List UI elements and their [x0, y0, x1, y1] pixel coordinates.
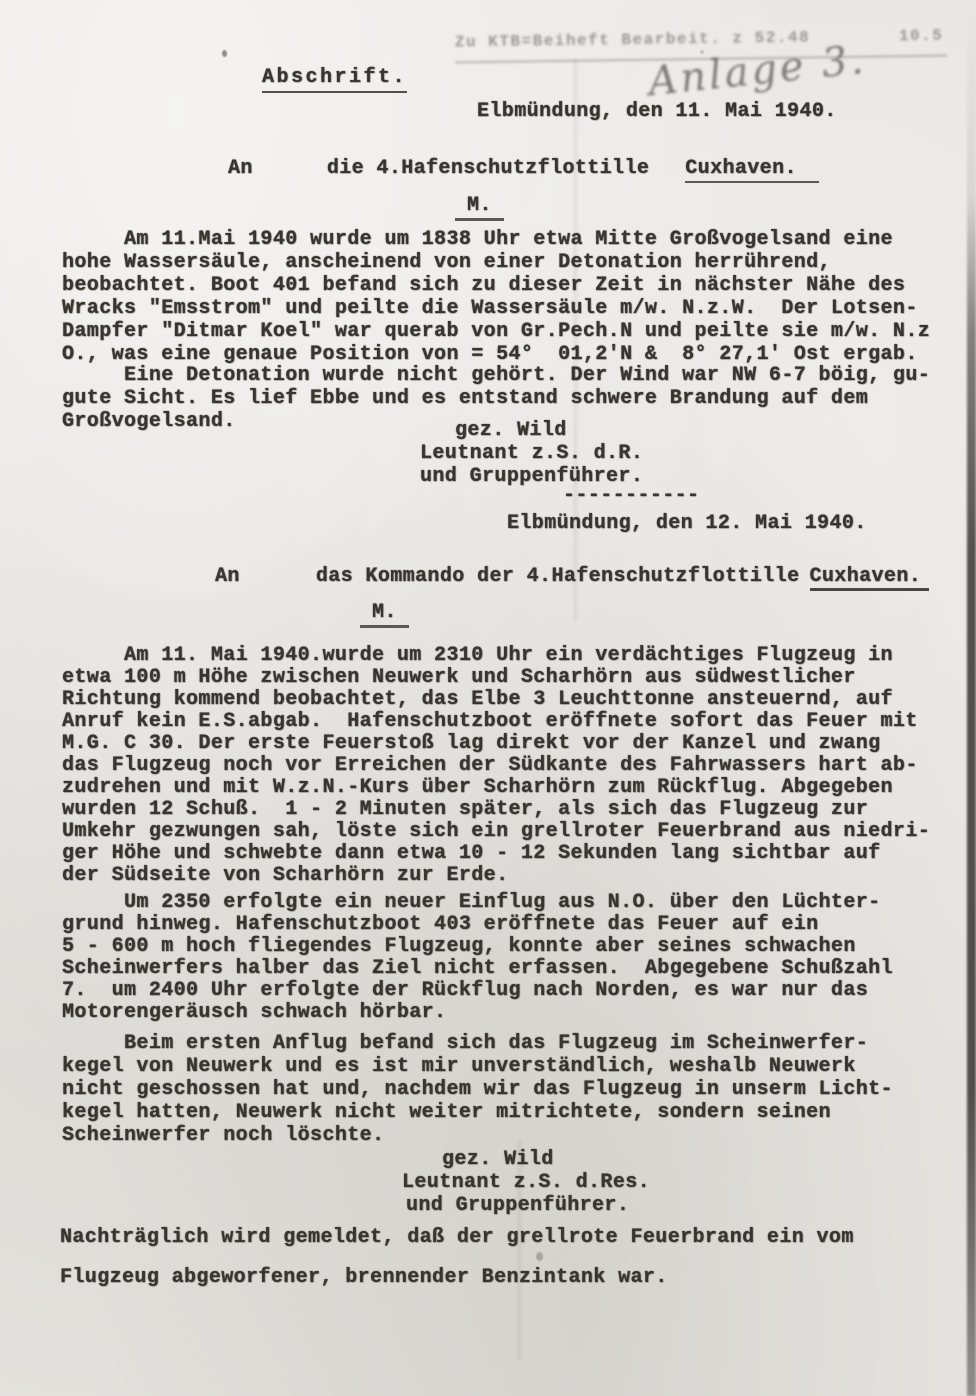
- typed-line: der Südseite von Scharhörn zur Erde.: [62, 865, 930, 887]
- address-body-2: das Kommando der 4.Hafenschutzflottille: [316, 565, 800, 588]
- typed-line: Richtung kommend beobachtet, das Elbe 3 …: [62, 689, 930, 711]
- paragraph-1: Am 11.Mai 1940 wurde um 1838 Uhr etwa Mi…: [62, 228, 930, 366]
- document-photo: Zu KTB=Beiheft Bearbeit. z 52.48 10.5.40…: [0, 0, 976, 1396]
- signature-2-name: gez. Wild: [442, 1148, 554, 1171]
- typed-line: wurden 12 Schuß. 1 - 2 Minuten später, a…: [62, 799, 930, 821]
- typed-line: gute Sicht. Es lief Ebbe und es entstand…: [62, 387, 930, 410]
- address-line-1: Andie 4.HafenschutzflottilleCuxhaven.: [228, 157, 819, 180]
- typed-line: Scheinwerfer noch löschte.: [62, 1124, 893, 1147]
- paragraph-3: Am 11. Mai 1940.wurde um 2310 Uhr ein ve…: [62, 645, 930, 887]
- typed-line: Umkehr gezwungen sah, löste sich ein gre…: [62, 821, 930, 843]
- divider-dashes: -----------: [563, 484, 699, 507]
- typed-line: kegel von Neuwerk und es ist mir unverst…: [62, 1055, 893, 1078]
- signature-2-rank: Leutnant z.S. d.Res.: [402, 1171, 650, 1194]
- address-to-2: An: [215, 565, 240, 588]
- paper-speck: [222, 50, 227, 57]
- typed-line: kegel hatten, Neuwerk nicht weiter mitri…: [62, 1101, 893, 1124]
- typed-line: ger Höhe und schwebte dann etwa 10 - 12 …: [62, 843, 930, 865]
- typed-line: Beim ersten Anflug befand sich das Flugz…: [62, 1032, 893, 1055]
- section-heading-1-text: M.: [455, 194, 504, 221]
- signature-1-name: gez. Wild: [455, 419, 567, 442]
- address-place-2: Cuxhaven.: [810, 565, 930, 591]
- typed-line: 7. um 2400 Uhr erfolgte der Rückflug nac…: [62, 980, 893, 1002]
- section-heading-2: M.: [360, 601, 409, 624]
- typed-line: grund hinweg. Hafenschutzboot 403 eröffn…: [62, 914, 893, 936]
- typed-line: Scheinwerfers halber das Ziel nicht erfa…: [62, 958, 893, 980]
- typed-line: Am 11. Mai 1940.wurde um 2310 Uhr ein ve…: [62, 645, 930, 667]
- signature-1-rank: Leutnant z.S. d.R.: [420, 442, 643, 465]
- typed-line: das Flugzeug noch vor Erreichen der Südk…: [62, 755, 930, 777]
- typed-line: Um 2350 erfolgte ein neuer Einflug aus N…: [62, 892, 893, 914]
- typed-line: Am 11.Mai 1940 wurde um 1838 Uhr etwa Mi…: [62, 228, 930, 251]
- typed-line: Flugzeug abgeworfener, brennender Benzin…: [60, 1258, 854, 1298]
- address-body-1: die 4.Hafenschutzflottille: [327, 157, 649, 180]
- typed-line: hohe Wassersäule, anscheinend von einer …: [62, 251, 930, 274]
- typed-line: beobachtet. Boot 401 befand sich zu dies…: [62, 274, 930, 297]
- typed-line: Eine Detonation wurde nicht gehört. Der …: [62, 364, 930, 387]
- typed-line: Nachträglich wird gemeldet, daß der grel…: [60, 1218, 854, 1258]
- address-line-2: Andas Kommando der 4.Hafenschutzflottill…: [215, 565, 929, 588]
- typed-line: zudrehen und mit W.z.N.-Kurs über Scharh…: [62, 777, 930, 799]
- paragraph-4: Um 2350 erfolgte ein neuer Einflug aus N…: [62, 892, 893, 1024]
- typed-line: Dampfer "Ditmar Koel" war querab von Gr.…: [62, 320, 930, 343]
- typed-line: Wracks "Emsstrom" und peilte die Wassers…: [62, 297, 930, 320]
- photo-edge-shadow: [967, 0, 976, 1396]
- address-place-1: Cuxhaven.: [685, 157, 819, 183]
- copy-label: Abschrift.: [262, 66, 407, 89]
- typed-line: 5 - 600 m hoch fliegendes Flugzeug, konn…: [62, 936, 893, 958]
- typed-line: nicht geschossen hat und, nachdem wir da…: [62, 1078, 893, 1101]
- dateline-1: Elbmündung, den 11. Mai 1940.: [477, 100, 837, 123]
- typed-line: etwa 100 m Höhe zwischen Neuwerk und Sch…: [62, 667, 930, 689]
- address-to-1: An: [228, 157, 253, 180]
- typed-line: Motorengeräusch schwach hörbar.: [62, 1002, 893, 1024]
- copy-label-text: Abschrift.: [262, 66, 407, 93]
- paragraph-5: Beim ersten Anflug befand sich das Flugz…: [62, 1032, 893, 1147]
- postscript: Nachträglich wird gemeldet, daß der grel…: [60, 1218, 854, 1298]
- section-heading-2-text: M.: [360, 601, 409, 628]
- typed-line: Anruf kein E.S.abgab. Hafenschutzboot er…: [62, 711, 930, 733]
- signature-2-role: und Gruppenführer.: [406, 1194, 629, 1217]
- typed-line: O., was eine genaue Position von = 54° 0…: [62, 343, 930, 366]
- typed-line: M.G. C 30. Der erste Feuerstoß lag direk…: [62, 733, 930, 755]
- dateline-2: Elbmündung, den 12. Mai 1940.: [507, 512, 867, 535]
- section-heading-1: M.: [455, 194, 504, 217]
